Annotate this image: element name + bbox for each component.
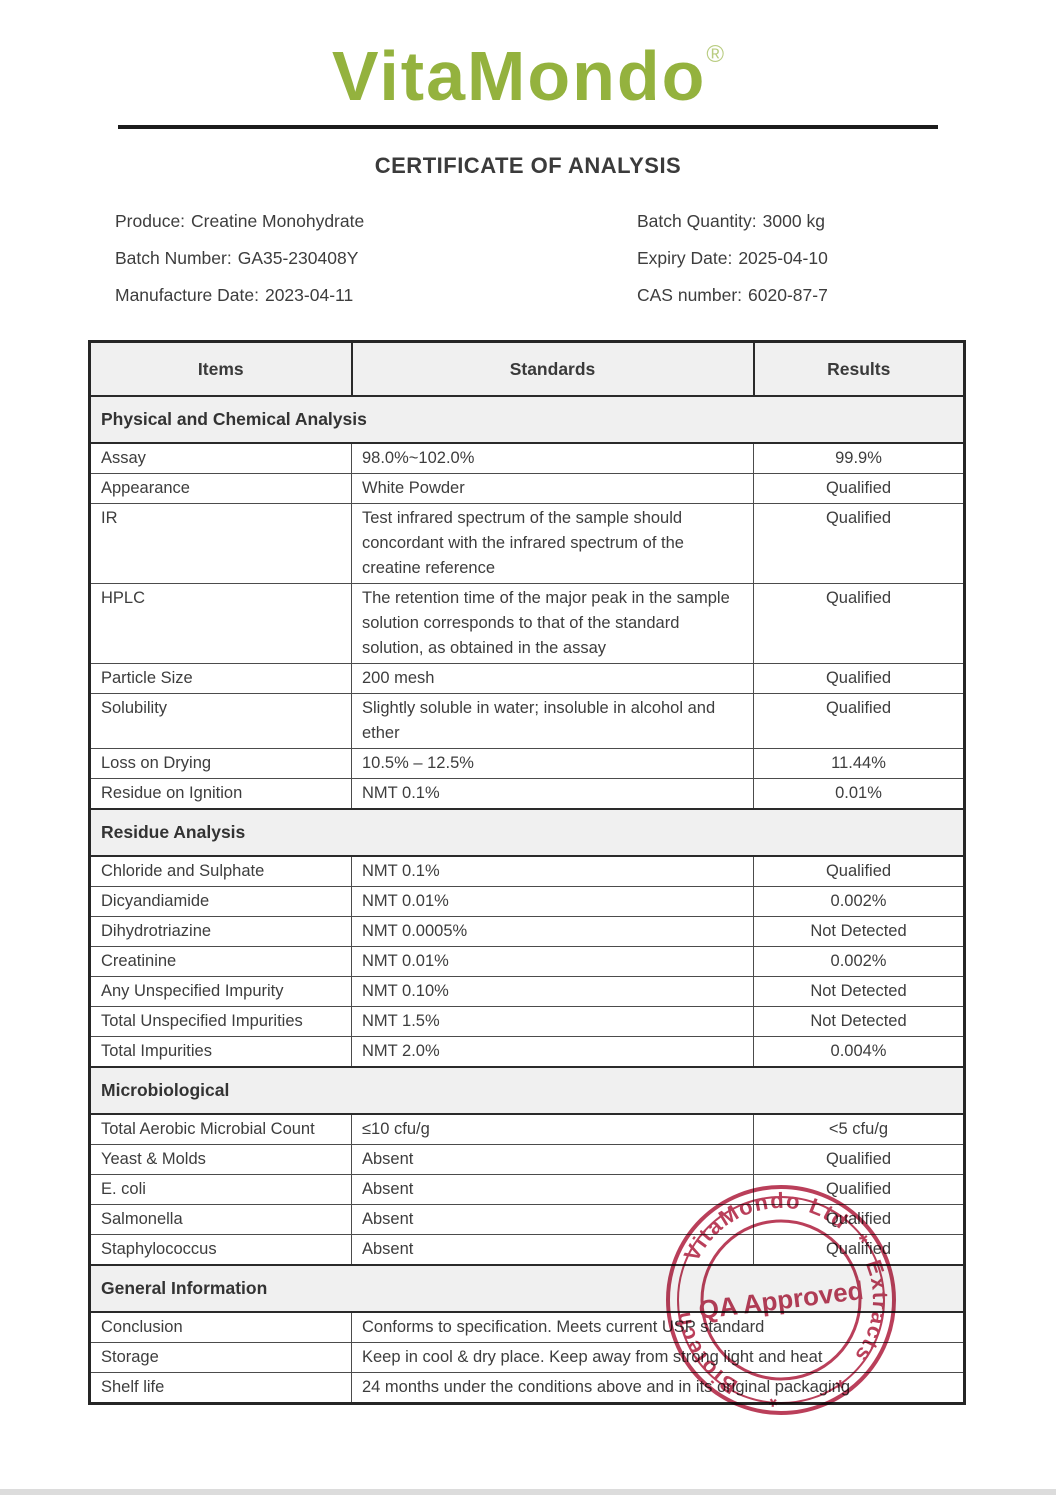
result-cell: Not Detected <box>754 1007 965 1037</box>
standard-cell: NMT 1.5% <box>352 1007 754 1037</box>
result-cell: 0.002% <box>754 947 965 977</box>
table-row: Total Unspecified ImpuritiesNMT 1.5%Not … <box>90 1007 965 1037</box>
table-header-row: Items Standards Results <box>90 342 965 397</box>
header-divider <box>118 125 938 129</box>
item-cell: Particle Size <box>90 664 352 694</box>
field-label: Expiry Date: <box>637 248 732 268</box>
result-cell: 0.004% <box>754 1037 965 1068</box>
result-cell: Qualified <box>754 856 965 887</box>
standard-cell: NMT 0.1% <box>352 779 754 810</box>
section-title: Residue Analysis <box>90 809 965 856</box>
registered-trademark-symbol: ® <box>706 41 724 68</box>
product-info-line: CAS number:6020-87-7 <box>637 277 828 314</box>
field-label: CAS number: <box>637 285 742 305</box>
item-cell: IR <box>90 504 352 584</box>
standard-cell: Test infrared spectrum of the sample sho… <box>352 504 754 584</box>
item-cell: Shelf life <box>90 1373 352 1404</box>
result-cell: 11.44% <box>754 749 965 779</box>
item-cell: Total Unspecified Impurities <box>90 1007 352 1037</box>
coa-table-head: Items Standards Results <box>90 342 965 397</box>
standard-cell: 200 mesh <box>352 664 754 694</box>
column-header-items: Items <box>90 342 352 397</box>
item-cell: Creatinine <box>90 947 352 977</box>
result-cell: 0.01% <box>754 779 965 810</box>
brand-logo-text: VitaMondo <box>332 37 706 115</box>
item-cell: Yeast & Molds <box>90 1145 352 1175</box>
product-info-line: Batch Number:GA35-230408Y <box>115 240 637 277</box>
field-value: Creatine Monohydrate <box>191 211 364 231</box>
standard-cell: 98.0%~102.0% <box>352 443 754 474</box>
item-cell: Any Unspecified Impurity <box>90 977 352 1007</box>
result-cell: 99.9% <box>754 443 965 474</box>
item-cell: Assay <box>90 443 352 474</box>
result-cell: Qualified <box>754 694 965 749</box>
item-cell: Dihydrotriazine <box>90 917 352 947</box>
result-cell: 0.002% <box>754 887 965 917</box>
table-row: Any Unspecified ImpurityNMT 0.10%Not Det… <box>90 977 965 1007</box>
table-row: HPLCThe retention time of the major peak… <box>90 584 965 664</box>
table-row: Loss on Drying10.5% – 12.5%11.44% <box>90 749 965 779</box>
result-cell: <5 cfu/g <box>754 1114 965 1145</box>
field-label: Batch Number: <box>115 248 232 268</box>
item-cell: Appearance <box>90 474 352 504</box>
standard-cell: White Powder <box>352 474 754 504</box>
standard-cell: NMT 0.01% <box>352 947 754 977</box>
table-row: DihydrotriazineNMT 0.0005%Not Detected <box>90 917 965 947</box>
document-title: CERTIFICATE OF ANALYSIS <box>0 153 1056 179</box>
standard-cell: NMT 0.01% <box>352 887 754 917</box>
result-cell: Not Detected <box>754 977 965 1007</box>
result-cell: Qualified <box>754 504 965 584</box>
section-title: Physical and Chemical Analysis <box>90 396 965 443</box>
standard-cell: NMT 0.0005% <box>352 917 754 947</box>
result-cell: Qualified <box>754 664 965 694</box>
field-label: Manufacture Date: <box>115 285 259 305</box>
item-cell: Chloride and Sulphate <box>90 856 352 887</box>
table-row: Assay98.0%~102.0%99.9% <box>90 443 965 474</box>
product-info-left-column: Produce:Creatine Monohydrate Batch Numbe… <box>115 203 637 314</box>
table-row: SolubilitySlightly soluble in water; ins… <box>90 694 965 749</box>
section-header-row: Physical and Chemical Analysis <box>90 396 965 443</box>
item-cell: HPLC <box>90 584 352 664</box>
certificate-page: VitaMondo® CERTIFICATE OF ANALYSIS Produ… <box>0 0 1056 1495</box>
product-info-line: Produce:Creatine Monohydrate <box>115 203 637 240</box>
table-row: IRTest infrared spectrum of the sample s… <box>90 504 965 584</box>
product-info-right-column: Batch Quantity:3000 kg Expiry Date:2025-… <box>637 203 828 314</box>
field-value: 2023-04-11 <box>265 285 353 305</box>
item-cell: Salmonella <box>90 1205 352 1235</box>
field-label: Batch Quantity: <box>637 211 757 231</box>
item-cell: Conclusion <box>90 1312 352 1343</box>
item-cell: Staphylococcus <box>90 1235 352 1266</box>
item-cell: Loss on Drying <box>90 749 352 779</box>
standard-cell: 10.5% – 12.5% <box>352 749 754 779</box>
standard-cell: NMT 0.10% <box>352 977 754 1007</box>
table-row: Residue on IgnitionNMT 0.1%0.01% <box>90 779 965 810</box>
table-row: Yeast & MoldsAbsentQualified <box>90 1145 965 1175</box>
qa-stamp: VitaMondo Ltd * Extracts * * Biotech QA … <box>663 1182 899 1418</box>
standard-cell: The retention time of the major peak in … <box>352 584 754 664</box>
result-cell: Qualified <box>754 474 965 504</box>
product-info-line: Batch Quantity:3000 kg <box>637 203 828 240</box>
table-row: Chloride and SulphateNMT 0.1%Qualified <box>90 856 965 887</box>
field-value: 6020-87-7 <box>748 285 828 305</box>
product-info-line: Manufacture Date:2023-04-11 <box>115 277 637 314</box>
product-info: Produce:Creatine Monohydrate Batch Numbe… <box>115 203 1056 314</box>
stamp-center-text: QA Approved <box>697 1275 865 1325</box>
field-value: 3000 kg <box>763 211 825 231</box>
table-row: CreatinineNMT 0.01%0.002% <box>90 947 965 977</box>
field-value: 2025-04-10 <box>738 248 828 268</box>
item-cell: Total Aerobic Microbial Count <box>90 1114 352 1145</box>
table-row: Total Aerobic Microbial Count≤10 cfu/g<5… <box>90 1114 965 1145</box>
table-row: DicyandiamideNMT 0.01%0.002% <box>90 887 965 917</box>
table-row: Particle Size200 meshQualified <box>90 664 965 694</box>
item-cell: Residue on Ignition <box>90 779 352 810</box>
field-value: GA35-230408Y <box>238 248 359 268</box>
field-label: Produce: <box>115 211 185 231</box>
standard-cell: ≤10 cfu/g <box>352 1114 754 1145</box>
result-cell: Qualified <box>754 584 965 664</box>
column-header-results: Results <box>754 342 965 397</box>
standard-cell: NMT 0.1% <box>352 856 754 887</box>
item-cell: E. coli <box>90 1175 352 1205</box>
column-header-standards: Standards <box>352 342 754 397</box>
result-cell: Not Detected <box>754 917 965 947</box>
item-cell: Dicyandiamide <box>90 887 352 917</box>
section-header-row: Microbiological <box>90 1067 965 1114</box>
item-cell: Storage <box>90 1343 352 1373</box>
item-cell: Total Impurities <box>90 1037 352 1068</box>
item-cell: Solubility <box>90 694 352 749</box>
standard-cell: NMT 2.0% <box>352 1037 754 1068</box>
brand-logo: VitaMondo® <box>0 0 1056 115</box>
table-row: Total ImpuritiesNMT 2.0%0.004% <box>90 1037 965 1068</box>
table-row: AppearanceWhite PowderQualified <box>90 474 965 504</box>
section-title: Microbiological <box>90 1067 965 1114</box>
result-cell: Qualified <box>754 1145 965 1175</box>
scan-bottom-edge <box>0 1489 1056 1495</box>
standard-cell: Slightly soluble in water; insoluble in … <box>352 694 754 749</box>
section-header-row: Residue Analysis <box>90 809 965 856</box>
product-info-line: Expiry Date:2025-04-10 <box>637 240 828 277</box>
standard-cell: Absent <box>352 1145 754 1175</box>
